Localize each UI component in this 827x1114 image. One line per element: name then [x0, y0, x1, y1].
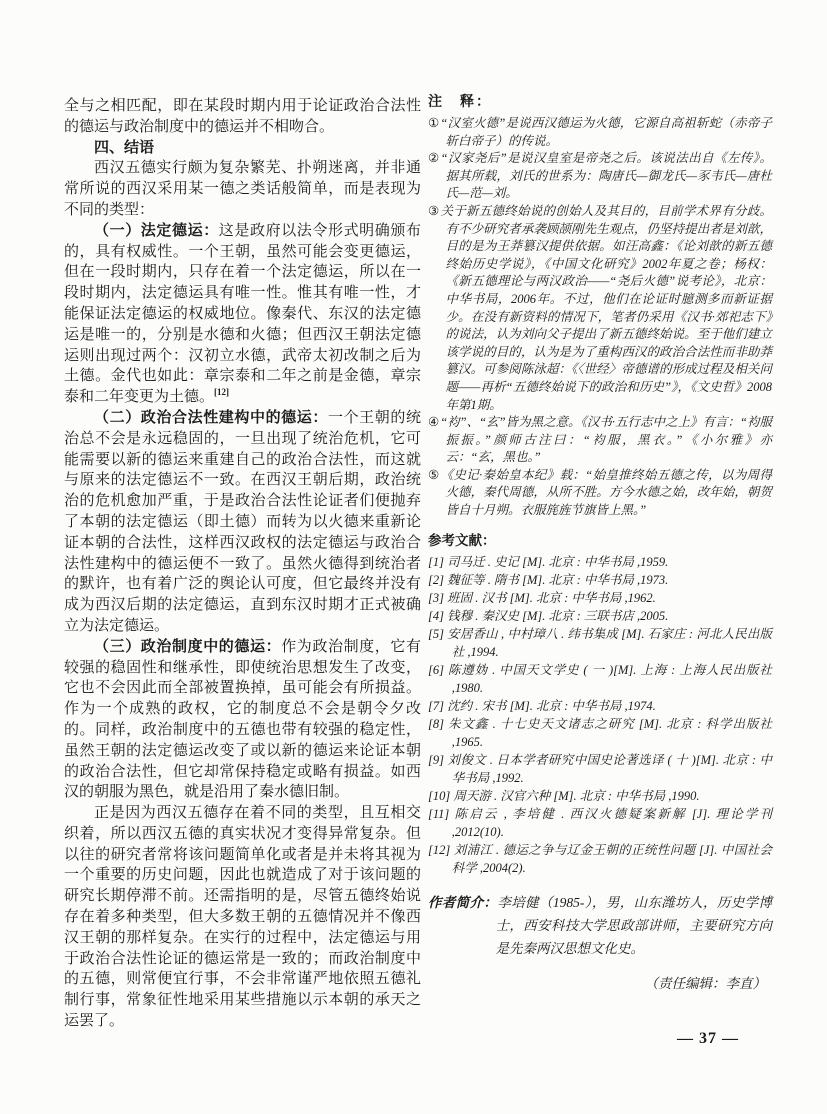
paragraph: 西汉五德实行颇为复杂繁芜、扑朔迷离，并非通常所说的西汉采用某一德之类话般简单，而…	[64, 158, 421, 220]
note-marker: ③	[428, 204, 439, 218]
right-column: 注 释： ①“汉室火德”是说西汉德运为火德，它源自高祖斩蛇（赤帝子斩白帝子）的传…	[428, 94, 772, 1009]
reference-item: [3] 班固 . 汉书 [M]. 北京 : 中华书局 ,1962.	[428, 589, 772, 607]
page-number: — 37 —	[648, 1030, 768, 1048]
note-text: 关于新五德终始说的创始人及其目的，目前学术界有分歧。有不少研究者承袭顾颉刚先生观…	[440, 204, 772, 412]
note-reference: [12]	[214, 387, 229, 397]
author-bio-label: 作者简介：	[428, 895, 497, 910]
note-item: ③关于新五德终始说的创始人及其目的，目前学术界有分歧。有不少研究者承袭顾颉刚先生…	[428, 203, 772, 414]
notes-section: 注 释： ①“汉室火德”是说西汉德运为火德，它源自高祖斩蛇（赤帝子斩白帝子）的传…	[428, 94, 772, 520]
note-text: 《史记·秦始皇本纪》载：“始皇推终始五德之传，以为周得火德，秦代周德，从所不胜。…	[441, 468, 772, 517]
closing-paragraph: 正是因为西汉五德存在着不同的类型，且互相交织着，所以西汉五德的真实状况才变得异常…	[64, 803, 421, 1032]
author-section: 作者简介：李培健（1985-），男，山东潍坊人，历史学博士，西安科技大学思政部讲…	[428, 891, 772, 996]
reference-item: [11] 陈启云 , 李培健 . 西汉火德疑案新解 [J]. 理论学刊 ,201…	[428, 805, 772, 841]
note-marker: ⑤	[428, 468, 440, 482]
note-item: ④“袀”、“玄”皆为黑之意。《汉书·五行志中之上》有言：“袀服振振。”颜师古注曰…	[428, 414, 772, 467]
reference-item: [12] 刘浦江 . 德运之争与辽金王朝的正统性问题 [J]. 中国社会科学 ,…	[428, 841, 772, 877]
reference-item: [2] 魏征等 . 隋书 [M]. 北京 : 中华书局 ,1973.	[428, 571, 772, 589]
item-paragraph-2: （二）政治合法性建构中的德运：一个王朝的统治总不会是永远稳固的，一旦出现了统治危…	[64, 408, 421, 637]
item-body: 作为政治制度，它有较强的稳固性和继承性，即使统治思想发生了改变，它也不会因此而全…	[64, 639, 421, 801]
item-lead: （三）政治制度中的德运：	[94, 639, 281, 655]
references-heading: 参考文献：	[428, 532, 772, 550]
editor-credit: （责任编辑：李直）	[428, 973, 772, 995]
note-text: “汉室火德”是说西汉德运为火德，它源自高祖斩蛇（赤帝子斩白帝子）的传说。	[440, 116, 772, 148]
note-marker: ①	[428, 116, 439, 130]
note-item: ②“汉家尧后”是说汉皇室是帝尧之后。该说法出自《左传》。据其所载，刘氏的世系为：…	[428, 150, 772, 203]
note-marker: ④	[428, 415, 439, 429]
note-item: ①“汉室火德”是说西汉德运为火德，它源自高祖斩蛇（赤帝子斩白帝子）的传说。	[428, 115, 772, 150]
item-body: 一个王朝的统治总不会是永远稳固的，一旦出现了统治危机，它可能需要以新的德运来重建…	[64, 410, 421, 634]
reference-item: [6] 陈遵妫 . 中国天文学史 ( 一 )[M]. 上海 : 上海人民出版社 …	[428, 661, 772, 697]
left-column: 全与之相匹配，即在某段时期内用于论证政治合法性的德运与政治制度中的德运并不相吻合…	[64, 96, 421, 1032]
note-item: ⑤《史记·秦始皇本纪》载：“始皇推终始五德之传，以为周得火德，秦代周德，从所不胜…	[428, 467, 772, 520]
note-marker: ②	[428, 151, 440, 165]
item-body: 这是政府以法令形式明确颁布的，具有权威性。一个王朝，虽然可能会变更德运，但在一段…	[64, 223, 421, 405]
reference-item: [7] 沈约 . 宋书 [M]. 北京 : 中华书局 ,1974.	[428, 697, 772, 715]
reference-item: [5] 安居香山 , 中村璋八 . 纬书集成 [M]. 石家庄 : 河北人民出版…	[428, 625, 772, 661]
reference-item: [9] 刘俊文 . 日本学者研究中国史论著选译 ( 十 )[M]. 北京 : 中…	[428, 751, 772, 787]
item-lead: （二）政治合法性建构中的德运：	[94, 410, 328, 426]
journal-page: 全与之相匹配，即在某段时期内用于论证政治合法性的德运与政治制度中的德运并不相吻合…	[0, 0, 827, 1114]
item-paragraph-3: （三）政治制度中的德运：作为政治制度，它有较强的稳固性和继承性，即使统治思想发生…	[64, 637, 421, 803]
reference-item: [1] 司马迁 . 史记 [M]. 北京 : 中华书局 ,1959.	[428, 553, 772, 571]
intro-paragraph: 全与之相匹配，即在某段时期内用于论证政治合法性的德运与政治制度中的德运并不相吻合…	[64, 96, 421, 138]
item-paragraph-1: （一）法定德运：这是政府以法令形式明确颁布的，具有权威性。一个王朝，虽然可能会变…	[64, 221, 421, 408]
notes-heading: 注 释：	[428, 94, 772, 112]
reference-item: [8] 朱文鑫 . 十七史天文诸志之研究 [M]. 北京 : 科学出版社 ,19…	[428, 715, 772, 751]
reference-item: [10] 周天游 . 汉官六种 [M]. 北京 : 中华书局 ,1990.	[428, 787, 772, 805]
note-text: “汉家尧后”是说汉皇室是帝尧之后。该说法出自《左传》。据其所载，刘氏的世系为：陶…	[441, 151, 772, 200]
section-heading: 四、结语	[64, 138, 421, 159]
references-section: 参考文献： [1] 司马迁 . 史记 [M]. 北京 : 中华书局 ,1959.…	[428, 532, 772, 877]
author-bio-text: 李培健（1985-），男，山东潍坊人，历史学博士，西安科技大学思政部讲师，主要研…	[496, 895, 773, 956]
author-bio: 作者简介：李培健（1985-），男，山东潍坊人，历史学博士，西安科技大学思政部讲…	[428, 891, 772, 960]
item-lead: （一）法定德运：	[94, 223, 219, 239]
note-text: “袀”、“玄”皆为黑之意。《汉书·五行志中之上》有言：“袀服振振。”颜师古注曰：…	[440, 415, 772, 464]
reference-item: [4] 钱穆 . 秦汉史 [M]. 北京 : 三联书店 ,2005.	[428, 607, 772, 625]
